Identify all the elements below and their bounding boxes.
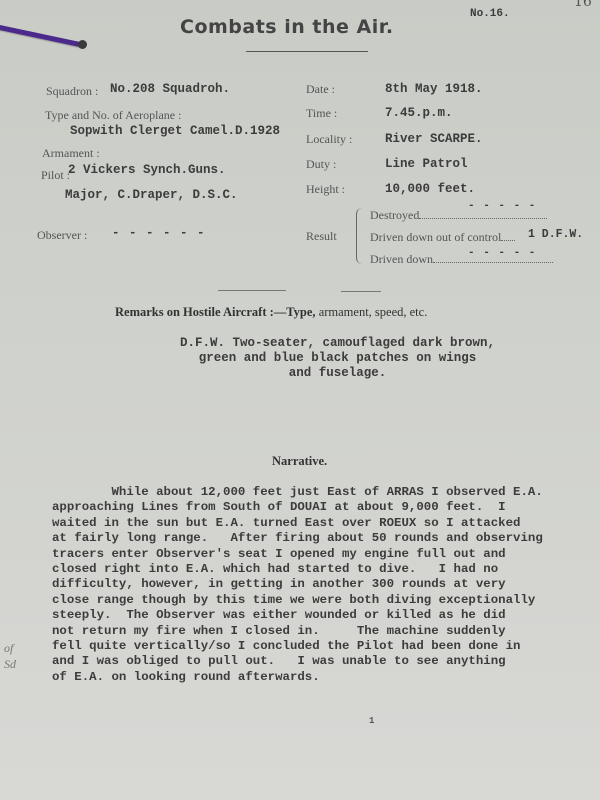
time-label: Time : bbox=[306, 106, 337, 121]
observer-value: - - - - - - bbox=[112, 226, 206, 240]
locality-label: Locality : bbox=[306, 132, 352, 147]
aeroplane-label: Type and No. of Aeroplane : bbox=[45, 108, 181, 123]
binding-string bbox=[0, 24, 86, 48]
page-number: 16 bbox=[574, 0, 592, 10]
remarks-body: D.F.W. Two-seater, camouflaged dark brow… bbox=[180, 336, 495, 381]
armament-value: 2 Vickers Synch.Guns. bbox=[68, 163, 226, 177]
result-row-out-of-control: Driven down out of control bbox=[370, 230, 515, 245]
result-row-value: - - - - - bbox=[468, 200, 536, 212]
dotted-leader bbox=[419, 218, 547, 219]
squadron-value: No.208 Squadroh. bbox=[110, 82, 230, 96]
punch-hole bbox=[78, 40, 87, 49]
dotted-leader bbox=[433, 262, 553, 263]
squadron-label: Squadron : bbox=[46, 84, 98, 99]
separator-rule bbox=[341, 291, 381, 292]
date-label: Date : bbox=[306, 82, 335, 97]
duty-value: Line Patrol bbox=[385, 157, 468, 171]
remarks-heading-rest: armament, speed, etc. bbox=[316, 305, 428, 319]
date-value: 8th May 1918. bbox=[385, 82, 483, 96]
narrative-heading: Narrative. bbox=[272, 454, 327, 469]
remarks-heading: Remarks on Hostile Aircraft :—Type, arma… bbox=[115, 305, 427, 320]
footer-mark: 1 bbox=[369, 716, 374, 726]
pilot-label: Pilot : bbox=[41, 168, 70, 183]
handwritten-margin-note: of Sd bbox=[4, 640, 16, 672]
height-label: Height : bbox=[306, 182, 345, 197]
title-underline bbox=[246, 51, 368, 52]
remarks-heading-main: Remarks on Hostile Aircraft :—Type, bbox=[115, 305, 316, 319]
pilot-value: Major, C.Draper, D.S.C. bbox=[65, 188, 238, 202]
separator-rule bbox=[218, 290, 286, 291]
result-row-value: 1 D.F.W. bbox=[528, 228, 583, 241]
armament-label: Armament : bbox=[42, 146, 100, 161]
report-number: No.16. bbox=[470, 8, 510, 20]
duty-label: Duty : bbox=[306, 157, 336, 172]
observer-label: Observer : bbox=[37, 228, 87, 243]
result-row-label: Destroyed bbox=[370, 208, 419, 222]
narrative-body: While about 12,000 feet just East of ARR… bbox=[52, 485, 600, 685]
result-row-label: Driven down out of control bbox=[370, 230, 501, 244]
result-row-label: Driven down bbox=[370, 252, 433, 266]
result-label: Result bbox=[306, 229, 337, 244]
dotted-leader bbox=[501, 240, 515, 241]
time-value: 7.45.p.m. bbox=[385, 106, 453, 120]
height-value: 10,000 feet. bbox=[385, 182, 475, 196]
document-page: Combats in the Air. No.16. 16 Squadron :… bbox=[0, 0, 600, 800]
page-title: Combats in the Air. bbox=[180, 16, 394, 38]
aeroplane-value: Sopwith Clerget Camel.D.1928 bbox=[70, 124, 280, 138]
locality-value: River SCARPE. bbox=[385, 132, 483, 146]
result-row-value: - - - - - bbox=[468, 247, 536, 259]
result-brace bbox=[356, 208, 363, 264]
